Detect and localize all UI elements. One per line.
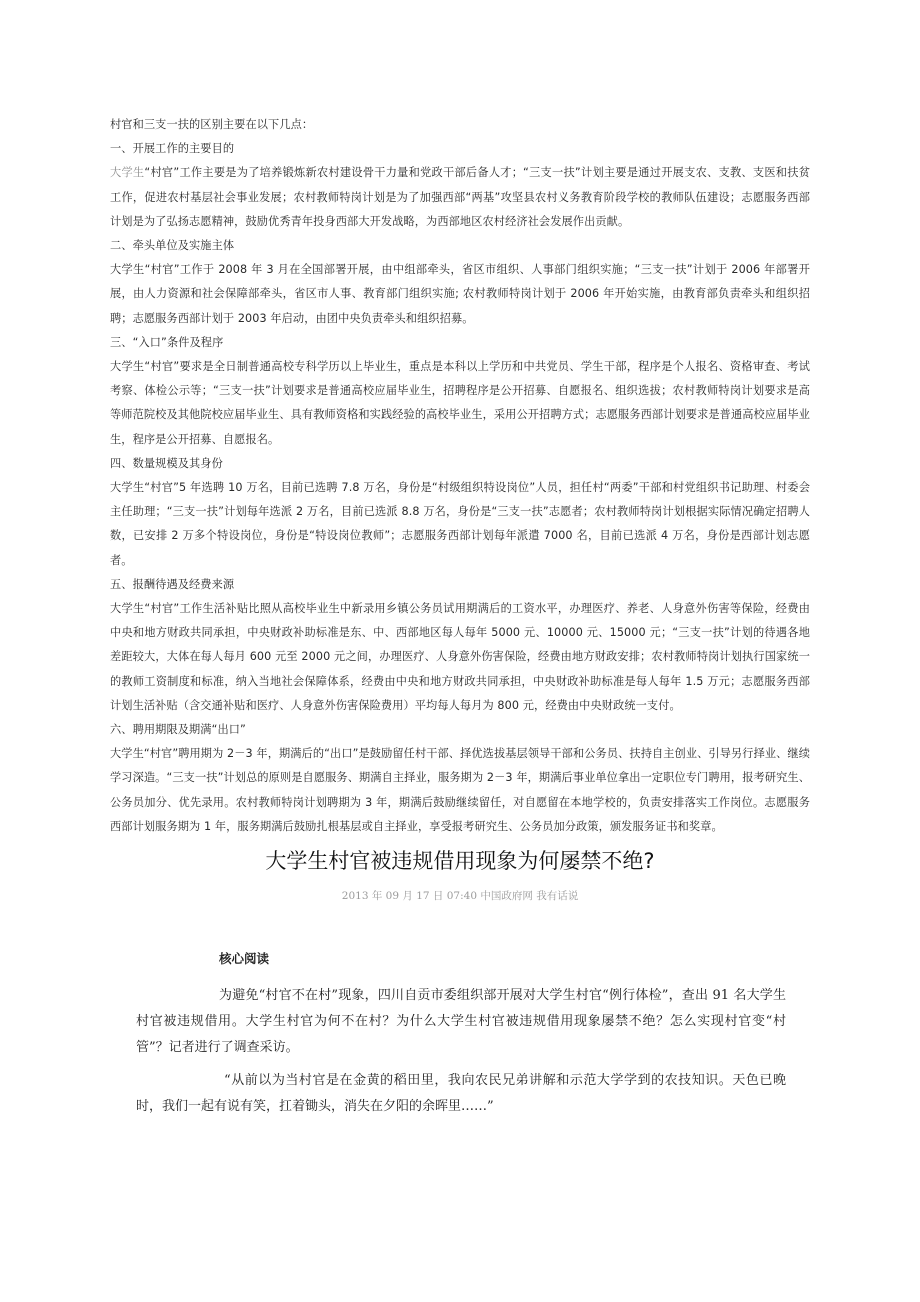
article-paragraph-1-block: 为避免“村官不在村”现象，四川自贡市委组织部开展对大学生村官“例行体检”，查出 …: [136, 983, 786, 1061]
section-body-2: 大学生“村官”工作于 2008 年 3 月在全国部署开展，由中组部牵头，省区市组…: [110, 258, 810, 331]
section-heading-4: 四、数量规模及其身份: [110, 452, 810, 476]
comparison-section: 村官和三支一扶的区别主要在以下几点： 一、开展工作的主要目的 大学生“村官”工作…: [110, 113, 810, 839]
section-body-1-lead: 大学生: [110, 166, 144, 179]
section-heading-5: 五、报酬待遇及经费来源: [110, 573, 810, 597]
intro-line: 村官和三支一扶的区别主要在以下几点：: [110, 113, 810, 137]
section-heading-3: 三、“入口”条件及程序: [110, 331, 810, 355]
section-body-3: 大学生“村官”要求是全日制普通高校专科学历以上毕业生，重点是本科以上学历和中共党…: [110, 355, 810, 452]
section-body-4: 大学生“村官”5 年选聘 10 万名，目前已选聘 7.8 万名，身份是“村级组织…: [110, 476, 810, 573]
article-title: 大学生村官被违规借用现象为何屡禁不绝?: [0, 845, 920, 875]
article-paragraph-1: 为避免“村官不在村”现象，四川自贡市委组织部开展对大学生村官“例行体检”，查出 …: [136, 983, 786, 1061]
document-page: 村官和三支一扶的区别主要在以下几点： 一、开展工作的主要目的 大学生“村官”工作…: [0, 0, 920, 1302]
section-body-5: 大学生“村官”工作生活补贴比照从高校毕业生中新录用乡镇公务员试用期满后的工资水平…: [110, 597, 810, 718]
comment-link[interactable]: 我有话说: [536, 890, 578, 902]
section-body-1-text: “村官”工作主要是为了培养锻炼新农村建设骨干力量和党政干部后备人才；“三支一扶”…: [110, 166, 810, 227]
article-meta: 2013 年 09 月 17 日 07:40 中国政府网 我有话说: [0, 888, 920, 903]
section-heading-1: 一、开展工作的主要目的: [110, 137, 810, 161]
article-paragraph-2: “从前以为当村官是在金黄的稻田里，我向农民兄弟讲解和示范大学学到的农技知识。天色…: [136, 1068, 786, 1120]
article-paragraph-2-block: “从前以为当村官是在金黄的稻田里，我向农民兄弟讲解和示范大学学到的农技知识。天色…: [136, 1068, 786, 1120]
section-body-1: 大学生“村官”工作主要是为了培养锻炼新农村建设骨干力量和党政干部后备人才；“三支…: [110, 161, 810, 234]
section-heading-2: 二、牵头单位及实施主体: [110, 234, 810, 258]
section-heading-6: 六、聘用期限及期满“出口”: [110, 718, 810, 742]
article-source[interactable]: 中国政府网: [480, 890, 533, 902]
section-body-6: 大学生“村官”聘用期为 2－3 年，期满后的“出口”是鼓励留任村干部、择优选拔基…: [110, 742, 810, 839]
core-reading-heading: 核心阅读: [219, 949, 269, 967]
article-date: 2013 年 09 月 17 日 07:40: [342, 890, 477, 902]
